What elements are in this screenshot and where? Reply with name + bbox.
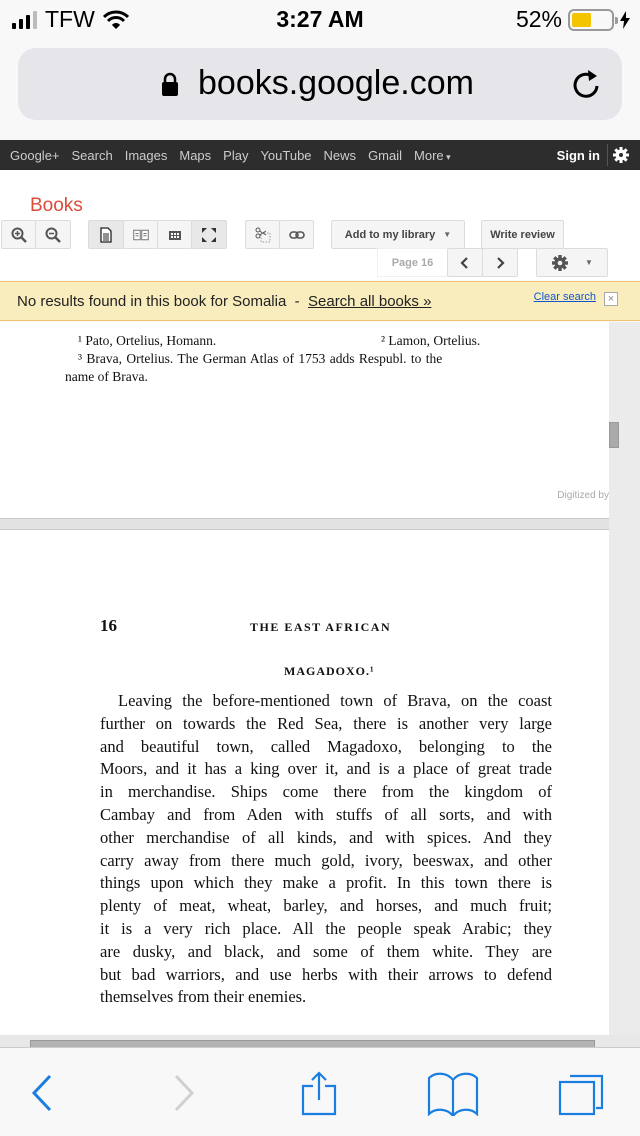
books-header: Books Add to my library ▼ W: [0, 170, 640, 280]
footnote: ³ Brava, Ortelius. The German Atlas of 1…: [78, 351, 442, 367]
nav-search[interactable]: Search: [72, 148, 113, 163]
add-to-library-button[interactable]: Add to my library ▼: [331, 220, 465, 249]
chevron-right-icon: [492, 255, 508, 271]
battery-icon: [568, 9, 614, 31]
add-to-library-label: Add to my library: [345, 229, 435, 241]
address-bar[interactable]: books.google.com: [18, 48, 622, 120]
page-body: Leaving the before-mentioned town of Bra…: [100, 690, 552, 1009]
nav-gmail[interactable]: Gmail: [368, 148, 402, 163]
charging-icon: [620, 11, 630, 29]
text-line: carry away from there much gold, ivory, …: [100, 850, 552, 873]
clip-button[interactable]: [245, 220, 280, 249]
text-line: but bad warriors, and use herbs with the…: [100, 964, 552, 987]
forward-icon[interactable]: [160, 1070, 206, 1116]
grid-icon: [167, 227, 183, 243]
chevron-down-icon: ▼: [443, 230, 451, 239]
chevron-left-icon: [457, 255, 473, 271]
vertical-scrollbar[interactable]: [609, 322, 640, 1047]
write-review-button[interactable]: Write review: [481, 220, 564, 249]
text-line: are dusky, and black, and some of them w…: [100, 941, 552, 964]
running-head: THE EAST AFRICAN: [250, 620, 391, 635]
horizontal-scrollbar[interactable]: [0, 1035, 640, 1047]
page-divider: [0, 518, 609, 530]
divider: [607, 144, 608, 166]
zoom-in-button[interactable]: [1, 220, 36, 249]
reload-icon[interactable]: [570, 68, 602, 100]
sign-in-link[interactable]: Sign in: [557, 148, 600, 163]
current-page: 16 THE EAST AFRICAN MAGADOXO.¹ Leaving t…: [0, 530, 609, 1035]
digitized-by-label: Digitized by: [557, 490, 609, 501]
battery-percent: 52%: [516, 6, 562, 33]
footnote: name of Brava.: [65, 369, 148, 385]
url-text[interactable]: books.google.com: [198, 64, 474, 103]
text-line: plenty of meat, wheat, barley, and horse…: [100, 895, 552, 918]
nav-youtube[interactable]: YouTube: [260, 148, 311, 163]
text-line: in merchandise. Ships come there from th…: [100, 781, 552, 804]
text-line: Cambay and from Aden with stuffs of all …: [100, 804, 552, 827]
nav-images[interactable]: Images: [125, 148, 168, 163]
no-results-message: No results found in this book for Somali…: [17, 293, 286, 310]
google-nav-bar: Google+ Search Images Maps Play YouTube …: [0, 140, 640, 170]
scrollbar-thumb[interactable]: [30, 1040, 595, 1047]
footnote: ¹ Pato, Ortelius, Homann.: [78, 333, 216, 349]
nav-maps[interactable]: Maps: [179, 148, 211, 163]
link-button[interactable]: [279, 220, 314, 249]
text-line: Leaving the before-mentioned town of Bra…: [100, 690, 552, 713]
close-icon[interactable]: ×: [604, 292, 618, 306]
fullscreen-icon: [201, 227, 217, 243]
gear-icon: [551, 254, 569, 272]
status-bar: TFW 3:27 AM 52%: [0, 0, 640, 40]
fullscreen-button[interactable]: [191, 220, 227, 249]
search-notice: No results found in this book for Somali…: [0, 281, 640, 321]
thumbnail-view-button[interactable]: [157, 220, 192, 249]
text-line: themselves from their enemies.: [100, 986, 552, 1009]
two-page-icon: [133, 227, 149, 243]
page-number: 16: [100, 616, 117, 636]
chapter-heading: MAGADOXO.¹: [284, 664, 375, 679]
zoom-out-button[interactable]: [35, 220, 71, 249]
text-line: further on towards the Red Sea, there is…: [100, 713, 552, 736]
nav-google-plus[interactable]: Google+: [10, 148, 60, 163]
scrollbar-thumb[interactable]: [609, 422, 619, 448]
separator: -: [295, 293, 300, 310]
single-page-view-button[interactable]: [88, 220, 124, 249]
scissors-icon: [255, 227, 271, 243]
nav-news[interactable]: News: [324, 148, 357, 163]
settings-menu-button[interactable]: ▼: [536, 248, 608, 277]
page-indicator: Page 16: [377, 248, 448, 277]
text-line: and beautiful town, called Magadoxo, bel…: [100, 736, 552, 759]
previous-page-button[interactable]: [447, 248, 483, 277]
clear-search-link[interactable]: Clear search: [534, 291, 596, 303]
footnote: ² Lamon, Ortelius.: [381, 333, 480, 349]
bookmarks-icon[interactable]: [427, 1070, 479, 1116]
share-icon[interactable]: [297, 1070, 343, 1116]
search-all-books-link[interactable]: Search all books »: [308, 293, 431, 310]
text-line: other merchandise of all kinds, and with…: [100, 827, 552, 850]
books-logo[interactable]: Books: [30, 195, 83, 217]
text-line: Moors, and it has a king over it, and is…: [100, 758, 552, 781]
text-line: things upon which they make a profit. In…: [100, 872, 552, 895]
two-page-view-button[interactable]: [123, 220, 158, 249]
nav-more[interactable]: More: [414, 148, 451, 163]
back-icon[interactable]: [20, 1070, 66, 1116]
browser-toolbar: [0, 1047, 640, 1136]
zoom-in-icon: [11, 227, 27, 243]
tabs-icon[interactable]: [558, 1070, 604, 1116]
single-page-icon: [98, 227, 114, 243]
chevron-down-icon: ▼: [585, 258, 593, 267]
nav-play[interactable]: Play: [223, 148, 248, 163]
lock-icon: [161, 72, 179, 96]
link-icon: [289, 227, 305, 243]
gear-icon[interactable]: [612, 146, 630, 164]
zoom-out-icon: [45, 227, 61, 243]
write-review-label: Write review: [490, 229, 555, 241]
text-line: it is a very rich place. All the people …: [100, 918, 552, 941]
book-viewer[interactable]: ¹ Pato, Ortelius, Homann. ² Lamon, Ortel…: [0, 322, 640, 1047]
next-page-button[interactable]: [482, 248, 518, 277]
previous-page: ¹ Pato, Ortelius, Homann. ² Lamon, Ortel…: [0, 322, 609, 518]
